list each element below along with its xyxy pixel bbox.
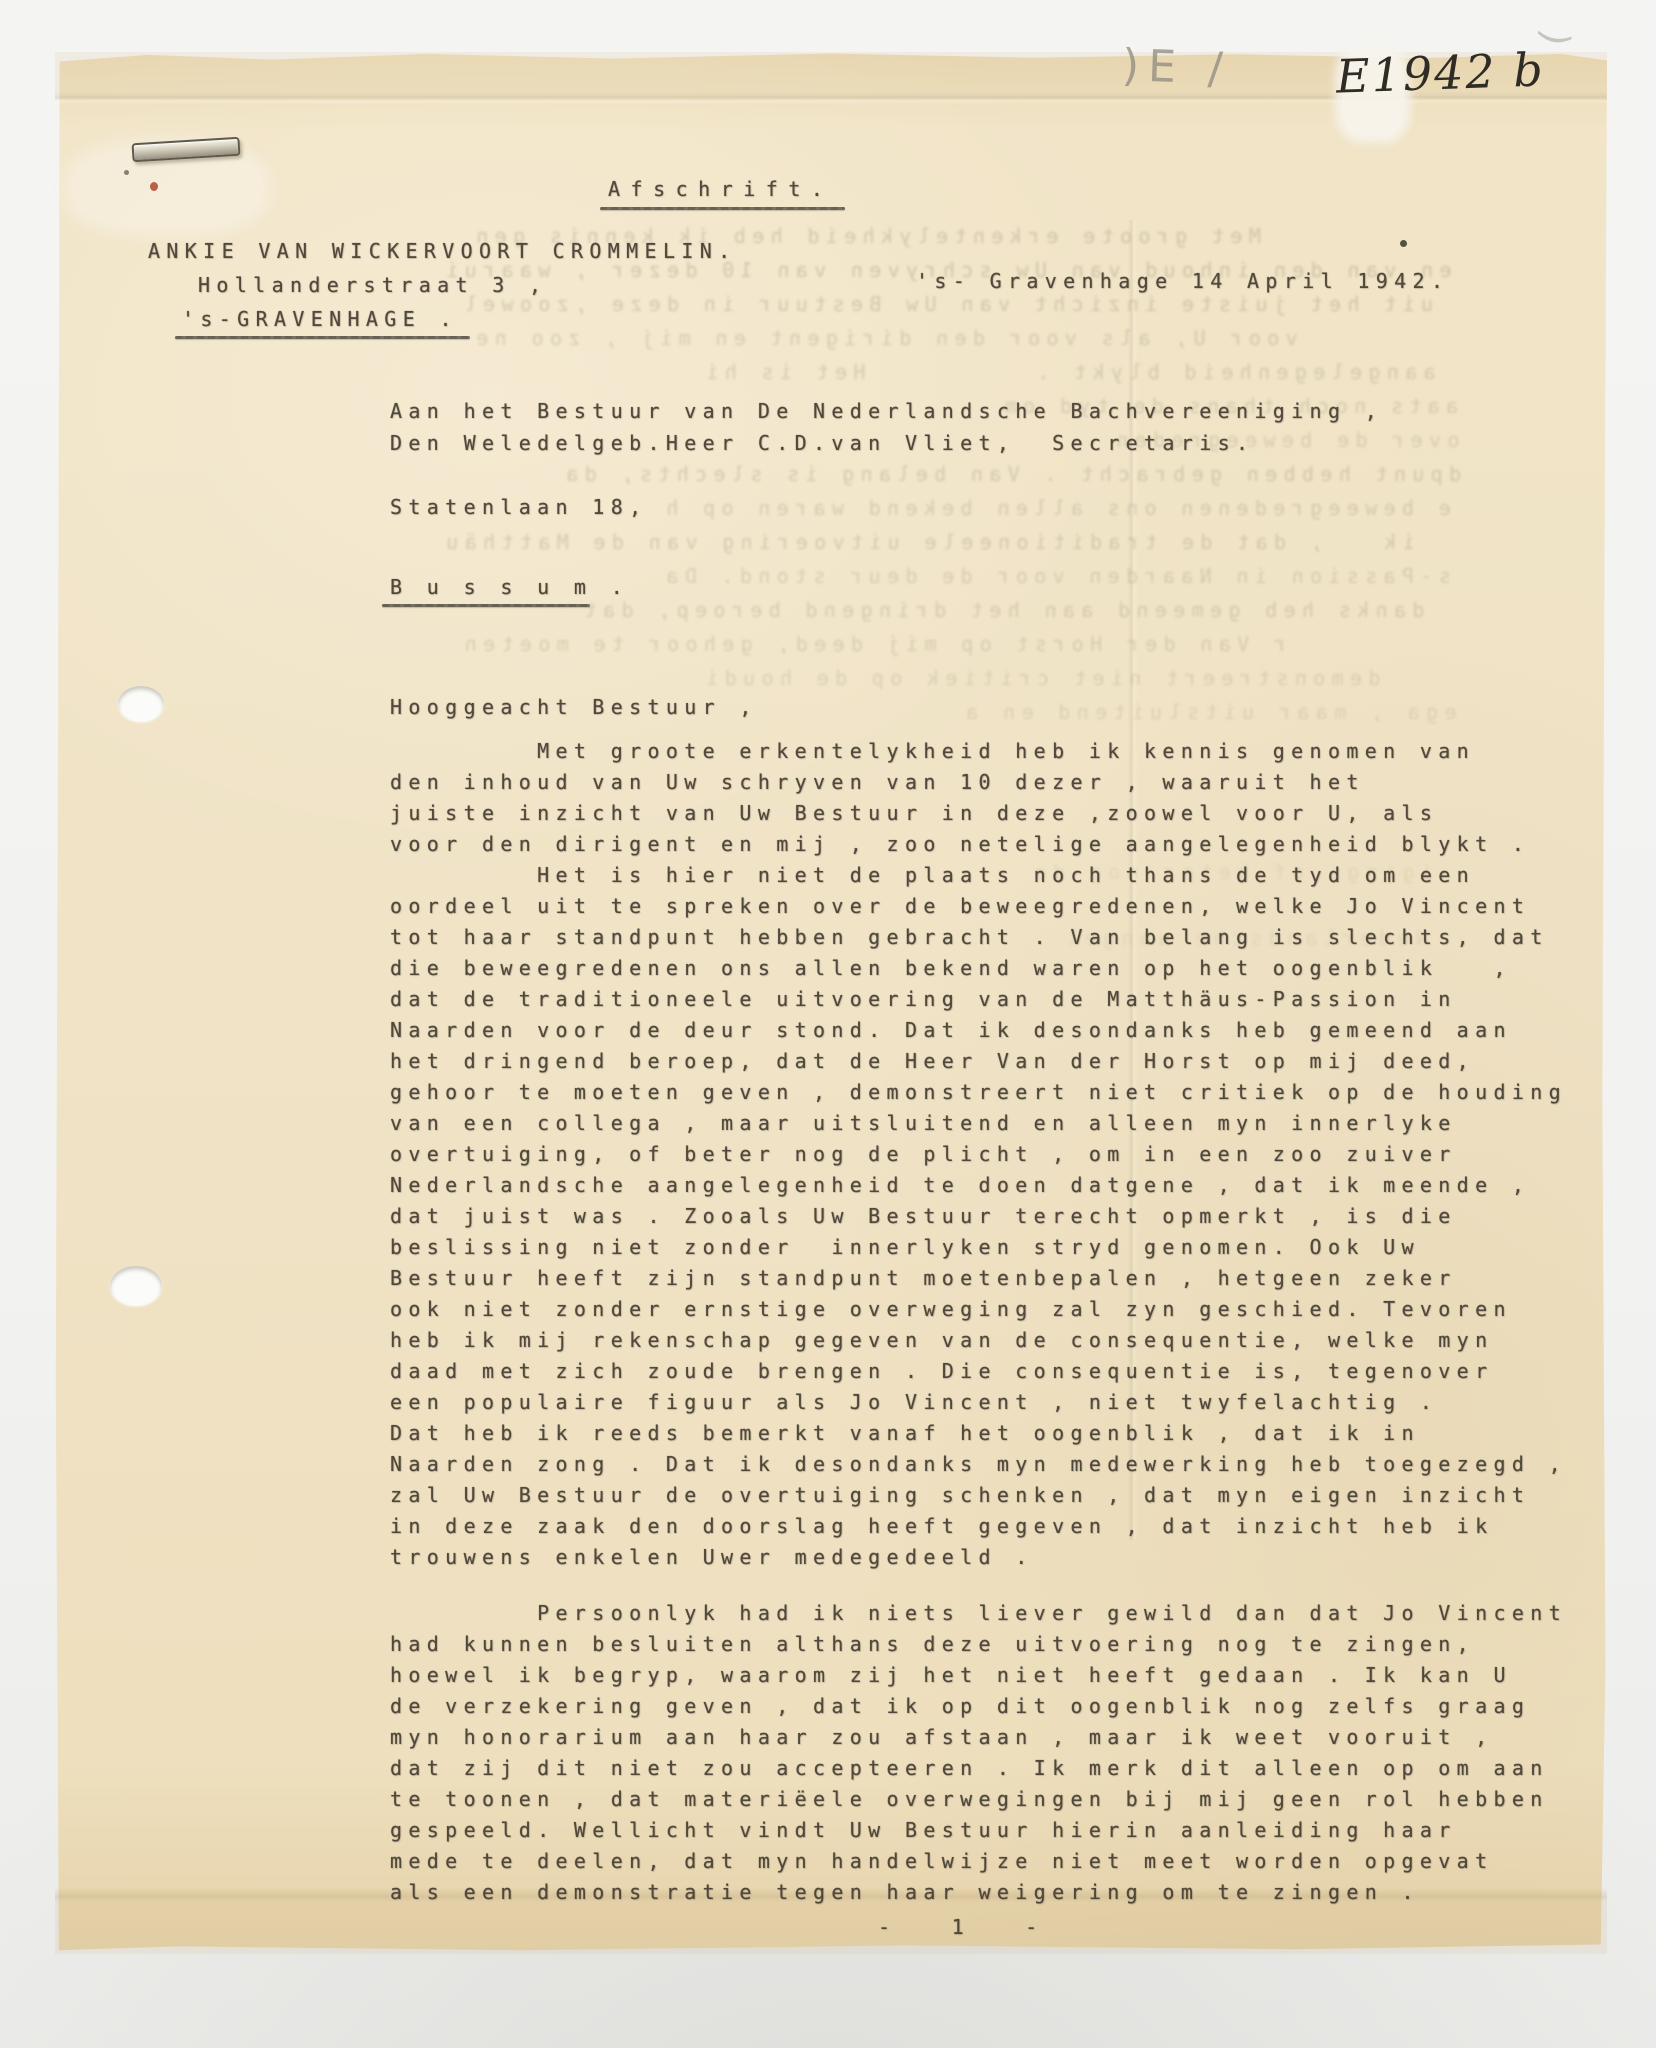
body-line: ook niet zonder ernstige overweging zal …: [390, 1294, 1567, 1325]
red-speck: [150, 182, 158, 191]
sender-street: Hollanderstraat 3 ,: [198, 270, 547, 301]
paragraph-1: Met groote erkentelykheid heb ik kennis …: [390, 736, 1530, 860]
body-line: in deze zaak den doorslag heeft gegeven …: [390, 1511, 1567, 1542]
dateline: 's- Gravenhage 14 April 1942.: [916, 266, 1449, 297]
body-line: Naarden zong . Dat ik desondanks myn med…: [390, 1449, 1567, 1480]
body-line: van een collega , maar uitsluitend en al…: [390, 1108, 1567, 1139]
body-line: den inhoud van Uw schryven van 10 dezer …: [390, 767, 1530, 798]
page-number: - 1 -: [878, 1912, 1044, 1943]
dark-speck: [124, 170, 129, 175]
body-line: overtuiging, of beter nog de plicht , om…: [390, 1139, 1567, 1170]
sender-name: ANKIE VAN WICKERVOORT CROMMELIN.: [148, 236, 737, 267]
body-line: Persoonlyk had ik niets liever gewild da…: [390, 1598, 1567, 1629]
body-line: Dat heb ik reeds bemerkt vanaf het oogen…: [390, 1418, 1567, 1449]
recipient-city-underline: [382, 604, 590, 607]
body-line: gespeeld. Wellicht vindt Uw Bestuur hier…: [390, 1815, 1567, 1846]
pencil-annotation: )E /: [1121, 40, 1232, 95]
body-line: die beweegredenen ons allen bekend waren…: [390, 953, 1567, 984]
body-line: tot haar standpunt hebben gebracht . Van…: [390, 922, 1567, 953]
punch-hole-bottom: [110, 1266, 162, 1306]
paragraph-2: Het is hier niet de plaats noch thans de…: [390, 860, 1567, 1573]
salutation: Hooggeacht Bestuur ,: [390, 692, 758, 723]
scanned-letter: Met groote erkentelykheid heb ik kennis …: [0, 0, 1656, 2048]
body-line: juiste inzicht van Uw Bestuur in deze ,z…: [390, 798, 1530, 829]
paragraph-3: Persoonlyk had ik niets liever gewild da…: [390, 1598, 1567, 1908]
body-line: Nederlandsche aangelegenheid te doen dat…: [390, 1170, 1567, 1201]
body-line: daad met zich zoude brengen . Die conseq…: [390, 1356, 1567, 1387]
document-title: Afschrift.: [608, 174, 833, 205]
body-line: het dringend beroep, dat de Heer Van der…: [390, 1046, 1567, 1077]
body-line: hoewel ik begryp, waarom zij het niet he…: [390, 1660, 1567, 1691]
recipient-city: B u s s u m .: [390, 572, 629, 603]
body-line: myn honorarium aan haar zou afstaan , ma…: [390, 1722, 1567, 1753]
body-line: Bestuur heeft zijn standpunt moetenbepal…: [390, 1263, 1567, 1294]
body-line: gehoor te moeten geven , demonstreert ni…: [390, 1077, 1567, 1108]
ink-speck: [1400, 240, 1407, 247]
body-line: voor den dirigent en mij , zoo netelige …: [390, 829, 1530, 860]
body-line: had kunnen besluiten althans deze uitvoe…: [390, 1629, 1567, 1660]
body-line: dat zij dit niet zou accepteeren . Ik me…: [390, 1753, 1567, 1784]
body-line: heb ik mij rekenschap gegeven van de con…: [390, 1325, 1567, 1356]
recipient-street: Statenlaan 18,: [390, 492, 647, 523]
body-line: Naarden voor de deur stond. Dat ik deson…: [390, 1015, 1567, 1046]
body-line: dat de traditioneele uitvoering van de M…: [390, 984, 1567, 1015]
recipient-line-2: Den Weledelgeb.Heer C.D.van Vliet, Secre…: [390, 428, 1254, 459]
recipient-line-1: Aan het Bestuur van De Nederlandsche Bac…: [390, 396, 1383, 427]
body-line: te toonen , dat materiëele overwegingen …: [390, 1784, 1567, 1815]
sender-city: 's-GRAVENHAGE .: [182, 304, 458, 335]
body-line: zal Uw Bestuur de overtuiging schenken ,…: [390, 1480, 1567, 1511]
sender-underline: [175, 336, 470, 339]
body-line: Met groote erkentelykheid heb ik kennis …: [390, 736, 1530, 767]
body-line: trouwens enkelen Uwer medegedeeld .: [390, 1542, 1567, 1573]
ink-annotation: E1942 b: [1335, 42, 1545, 103]
body-line: dat juist was . Zooals Uw Bestuur terech…: [390, 1201, 1567, 1232]
punch-hole-top: [118, 686, 164, 722]
body-line: beslissing niet zonder innerlyken stryd …: [390, 1232, 1567, 1263]
title-underline: [600, 207, 845, 210]
body-line: een populaire figuur als Jo Vincent , ni…: [390, 1387, 1567, 1418]
body-line: Het is hier niet de plaats noch thans de…: [390, 860, 1567, 891]
body-line: als een demonstratie tegen haar weigerin…: [390, 1877, 1567, 1908]
body-line: mede te deelen, dat myn handelwijze niet…: [390, 1846, 1567, 1877]
body-line: de verzekering geven , dat ik op dit oog…: [390, 1691, 1567, 1722]
body-line: oordeel uit te spreken over de beweegred…: [390, 891, 1567, 922]
